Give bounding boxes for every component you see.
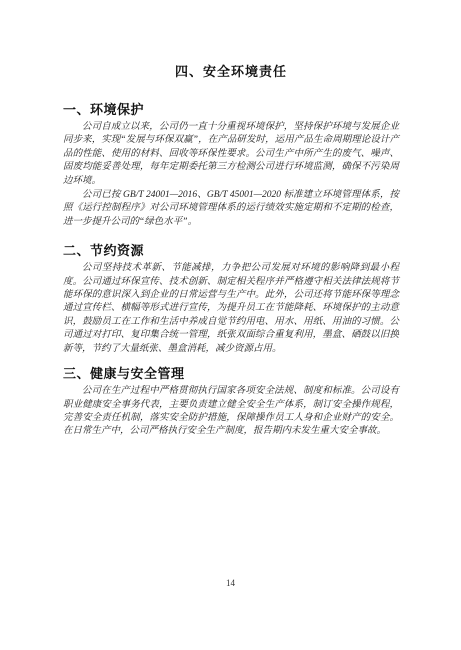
paragraph-environment-1: 公司自成立以来，公司仍一直十分重视环境保护，坚持保护环境与发展企业同步来，实现“… xyxy=(63,121,399,188)
section-heading-resources: 二、节约资源 xyxy=(63,243,399,258)
section-heading-health-safety: 三、健康与安全管理 xyxy=(63,366,399,381)
page-number: 14 xyxy=(0,578,461,588)
paragraph-resources-1: 公司坚持技术革新、节能减排，力争把公司发展对环境的影响降到最小程度。公司通过环保… xyxy=(63,262,399,356)
section-resource-saving: 二、节约资源 公司坚持技术革新、节能减排，力争把公司发展对环境的影响降到最小程度… xyxy=(63,243,399,356)
page-title: 四、安全环境责任 xyxy=(63,64,399,79)
section-heading-environment: 一、环境保护 xyxy=(63,102,399,117)
document-page: 四、安全环境责任 一、环境保护 公司自成立以来，公司仍一直十分重视环境保护，坚持… xyxy=(0,0,461,650)
section-environment-protection: 一、环境保护 公司自成立以来，公司仍一直十分重视环境保护，坚持保护环境与发展企业… xyxy=(63,102,399,229)
section-health-safety: 三、健康与安全管理 公司在生产过程中严格贯彻执行国家各项安全法规、制度和标准。公… xyxy=(63,366,399,439)
paragraph-health-safety-1: 公司在生产过程中严格贯彻执行国家各项安全法规、制度和标准。公司设有职业健康安全事… xyxy=(63,385,399,439)
paragraph-environment-2: 公司已按 GB/T 24001—2016、GB/T 45001—2020 标准建… xyxy=(63,189,399,229)
